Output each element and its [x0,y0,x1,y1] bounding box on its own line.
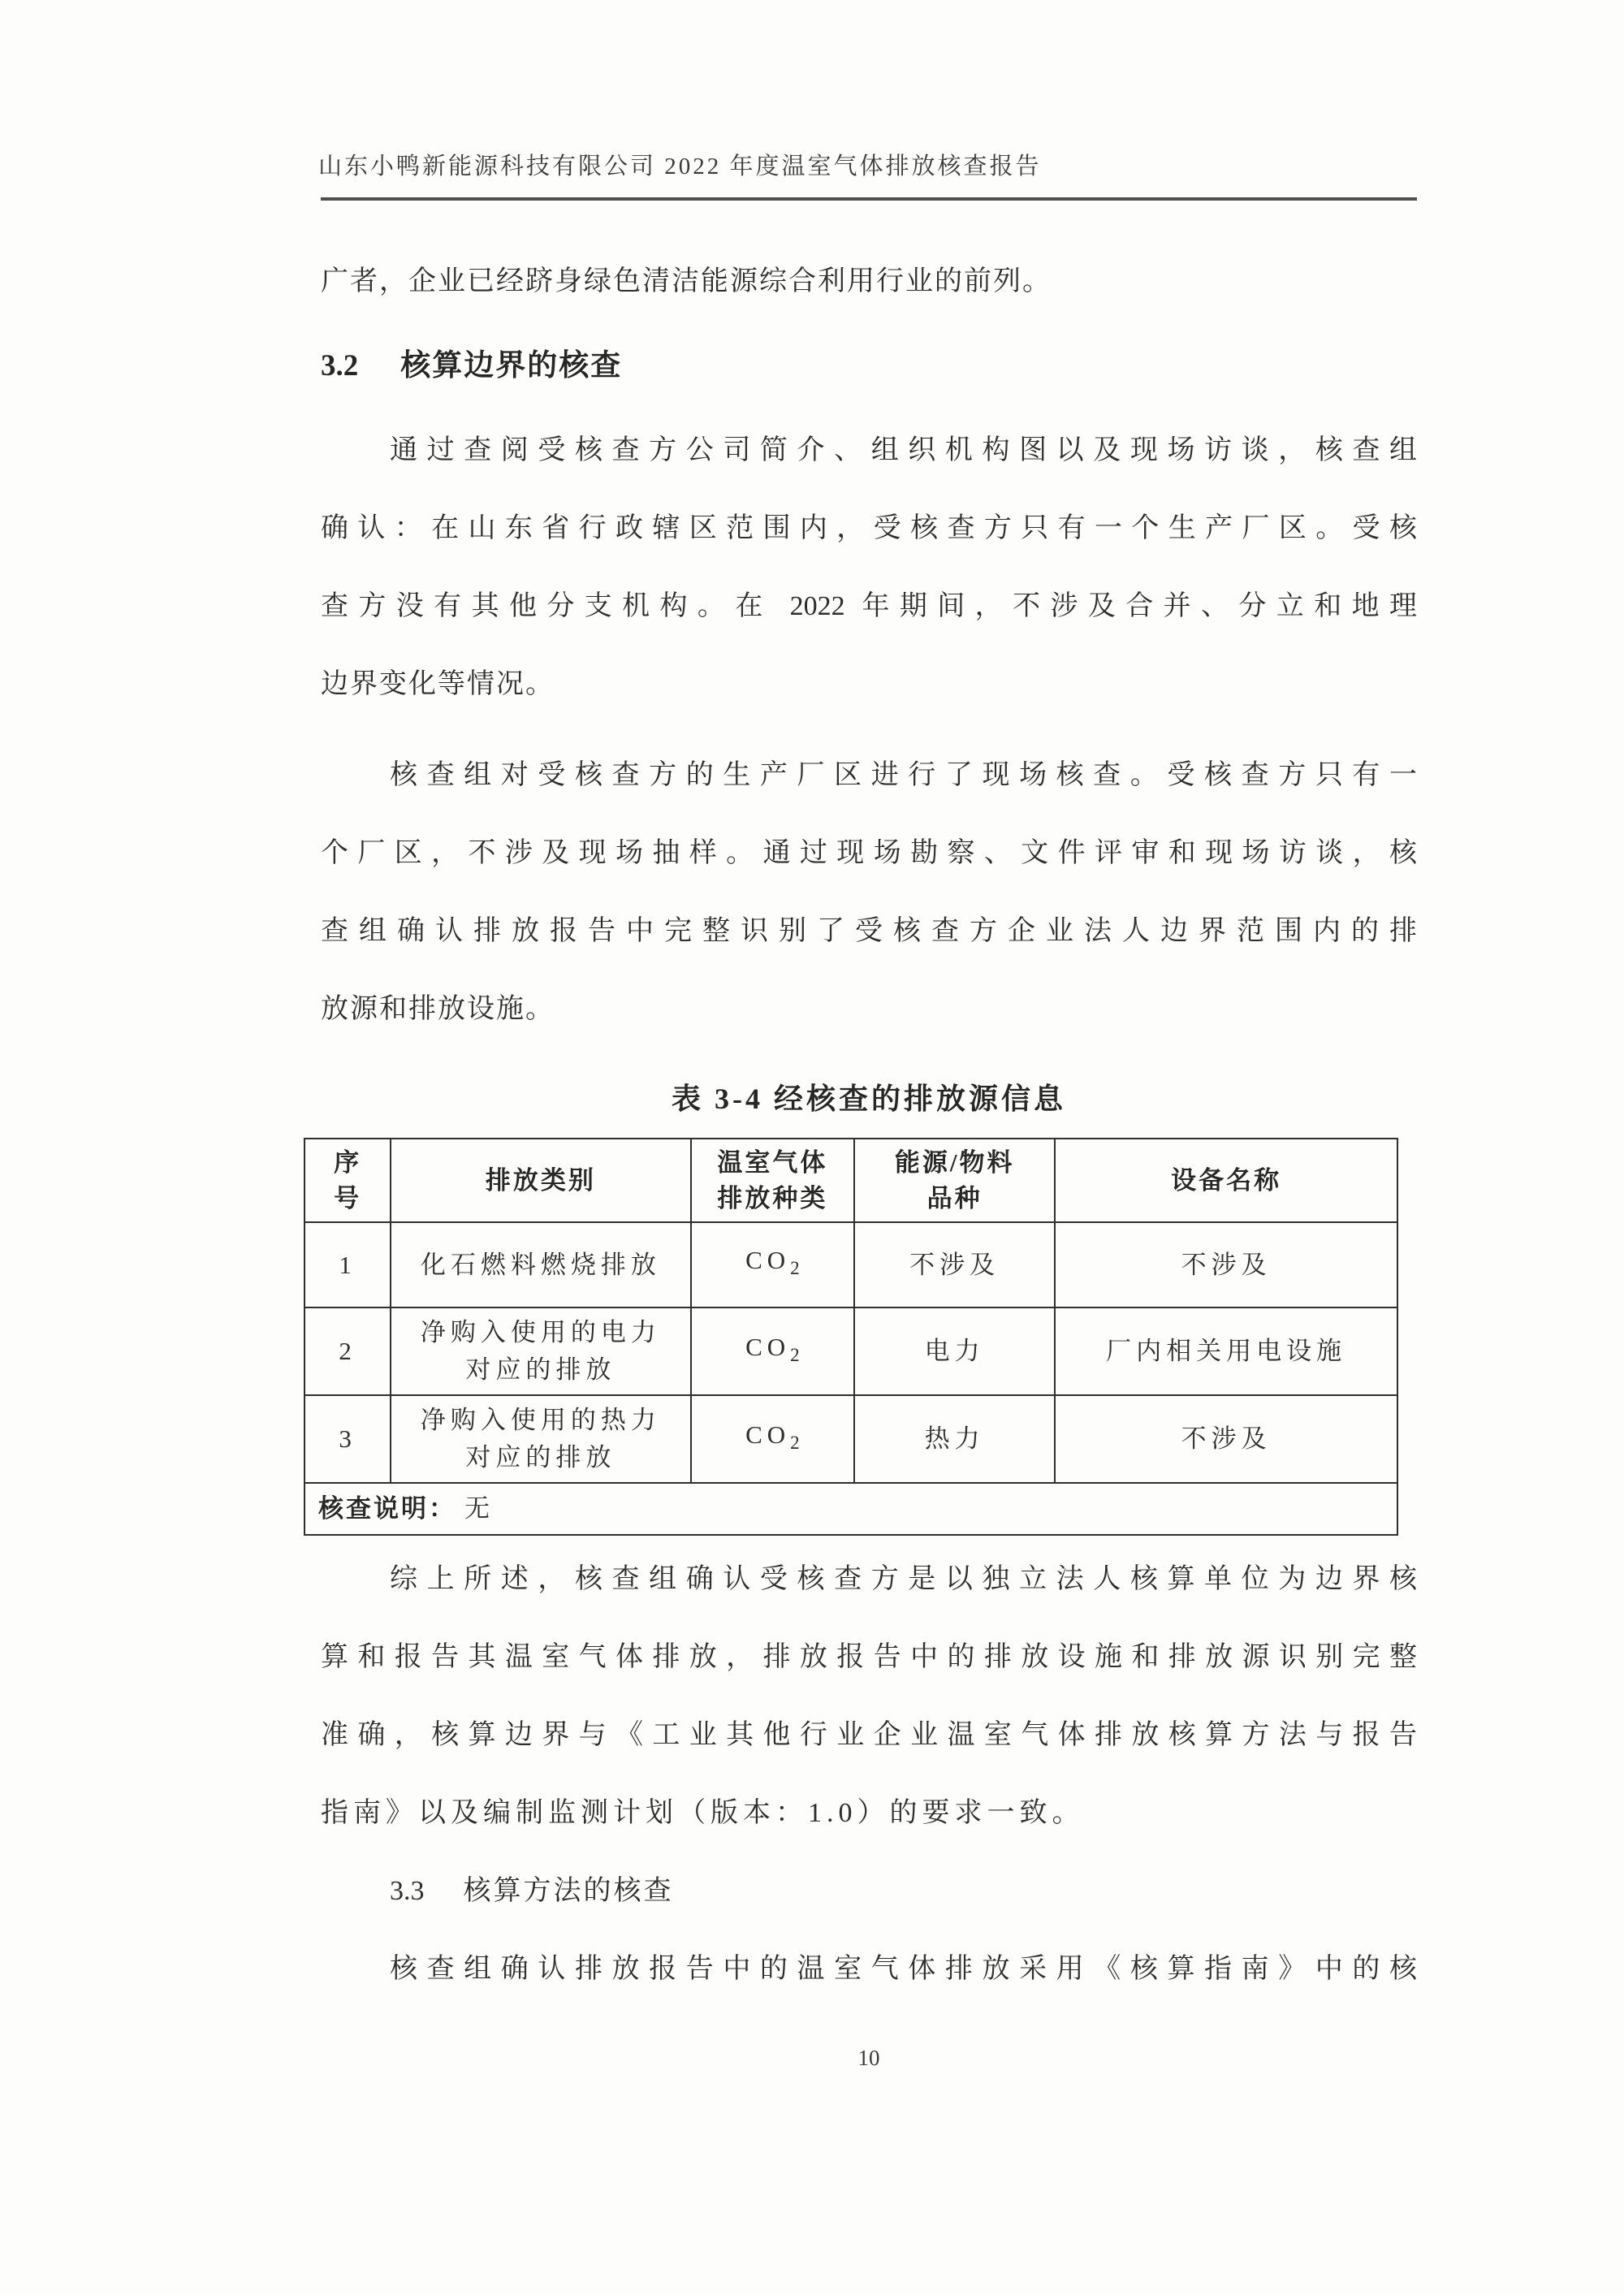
paragraph-1-line-1: 通过查阅受核查方公司简介、组织机构图以及现场访谈，核查组 [321,412,1417,490]
col-header-equipment: 设备名称 [1055,1139,1397,1222]
paragraph-2-line-4: 放源和排放设施。 [321,970,1417,1048]
note-label: 核查说明： [318,1494,456,1523]
col-header-index: 序 号 [304,1139,391,1222]
row-2-equipment: 厂内相关用电设施 [1055,1307,1397,1395]
header-title: 山东小鸭新能源科技有限公司 2022 年度温室气体排放核查报告 [318,153,1042,179]
table-row-3: 3 净购入使用的热力 对应的排放 CO2 热力 不涉及 [304,1395,1397,1483]
paragraph-2-line-2: 个厂区，不涉及现场抽样。通过现场勘察、文件评审和现场访谈，核 [321,815,1417,892]
verification-note-cell: 核查说明：无 [304,1483,1397,1535]
table-header-row: 序 号 排放类别 温室气体 排放种类 能源/物料 品种 设备名称 [304,1139,1397,1222]
section-3-3-title: 核算方法的核查 [464,1876,674,1906]
paragraph-1-line-4: 边界变化等情况。 [321,646,1417,724]
paragraph-3-line-4: 指南》以及编制监测计划（版本：1.0）的要求一致。 [321,1774,1417,1852]
note-value: 无 [464,1494,491,1523]
paragraph-4: 核查组确认排放报告中的温室气体排放采用《核算指南》中的核 [321,1930,1417,2008]
col-header-energy-material: 能源/物料 品种 [854,1139,1055,1222]
page-number: 10 [321,2040,1417,2076]
row-3-equipment: 不涉及 [1055,1395,1397,1483]
section-3-2-title: 核算边界的核查 [400,349,622,382]
paragraph-2-line-1: 核查组对受核查方的生产厂区进行了现场核查。受核查方只有一 [321,737,1417,815]
col-header-gas-type: 温室气体 排放种类 [691,1139,854,1222]
row-3-gas: CO2 [691,1395,854,1483]
row-2-gas: CO2 [691,1307,854,1395]
paragraph-4-line-1: 核查组确认排放报告中的温室气体排放采用《核算指南》中的核 [321,1930,1417,2008]
row-1-energy: 不涉及 [854,1222,1055,1307]
paragraph-1-line-3: 查方没有其他分支机构。在 2022 年期间，不涉及合并、分立和地理 [321,568,1417,646]
section-3-3-heading: 3.3核算方法的核查 [321,1852,1417,1930]
table-row-2: 2 净购入使用的电力 对应的排放 CO2 电力 厂内相关用电设施 [304,1307,1397,1395]
header-rule [321,197,1417,201]
row-2-index: 2 [304,1307,391,1395]
paragraph-2: 核查组对受核查方的生产厂区进行了现场核查。受核查方只有一 个厂区，不涉及现场抽样… [321,737,1417,1048]
row-2-energy: 电力 [854,1307,1055,1395]
table-note-row: 核查说明：无 [304,1483,1397,1535]
row-3-energy: 热力 [854,1395,1055,1483]
page-content: 广者，企业已经跻身绿色清洁能源综合利用行业的前列。 3.2核算边界的核查 通过查… [321,243,1417,2008]
section-3-3-number: 3.3 [390,1876,425,1906]
row-1-index: 1 [304,1222,391,1307]
section-3-2-heading: 3.2核算边界的核查 [321,327,1417,405]
paragraph-2-line-3: 查组确认排放报告中完整识别了受核查方企业法人边界范围内的排 [321,892,1417,970]
row-1-category: 化石燃料燃烧排放 [391,1222,691,1307]
row-2-category: 净购入使用的电力 对应的排放 [391,1307,691,1395]
col-header-category: 排放类别 [391,1139,691,1222]
row-3-category: 净购入使用的热力 对应的排放 [391,1395,691,1483]
row-1-gas: CO2 [691,1222,854,1307]
paragraph-3-line-1: 综上所述，核查组确认受核查方是以独立法人核算单位为边界核 [321,1541,1417,1619]
page-header: 山东小鸭新能源科技有限公司 2022 年度温室气体排放核查报告 [318,150,1417,183]
paragraph-3: 综上所述，核查组确认受核查方是以独立法人核算单位为边界核 算和报告其温室气体排放… [321,1541,1417,1852]
row-1-equipment: 不涉及 [1055,1222,1397,1307]
table-row-1: 1 化石燃料燃烧排放 CO2 不涉及 不涉及 [304,1222,1397,1307]
emission-source-table: 序 号 排放类别 温室气体 排放种类 能源/物料 品种 设备名称 1 [304,1138,1398,1536]
intro-continuation-line: 广者，企业已经跻身绿色清洁能源综合利用行业的前列。 [321,243,1417,321]
row-3-index: 3 [304,1395,391,1483]
section-3-2-number: 3.2 [321,349,358,382]
paragraph-1-line-2: 确认：在山东省行政辖区范围内，受核查方只有一个生产厂区。受核 [321,490,1417,568]
document-page: 山东小鸭新能源科技有限公司 2022 年度温室气体排放核查报告 广者，企业已经跻… [0,0,1624,2295]
paragraph-3-line-2: 算和报告其温室气体排放，排放报告中的排放设施和排放源识别完整 [321,1619,1417,1696]
paragraph-3-line-3: 准确，核算边界与《工业其他行业企业温室气体排放核算方法与报告 [321,1696,1417,1774]
paragraph-1: 通过查阅受核查方公司简介、组织机构图以及现场访谈，核查组 确认：在山东省行政辖区… [321,412,1417,724]
table-3-4-title: 表 3-4 经核查的排放源信息 [321,1060,1417,1138]
